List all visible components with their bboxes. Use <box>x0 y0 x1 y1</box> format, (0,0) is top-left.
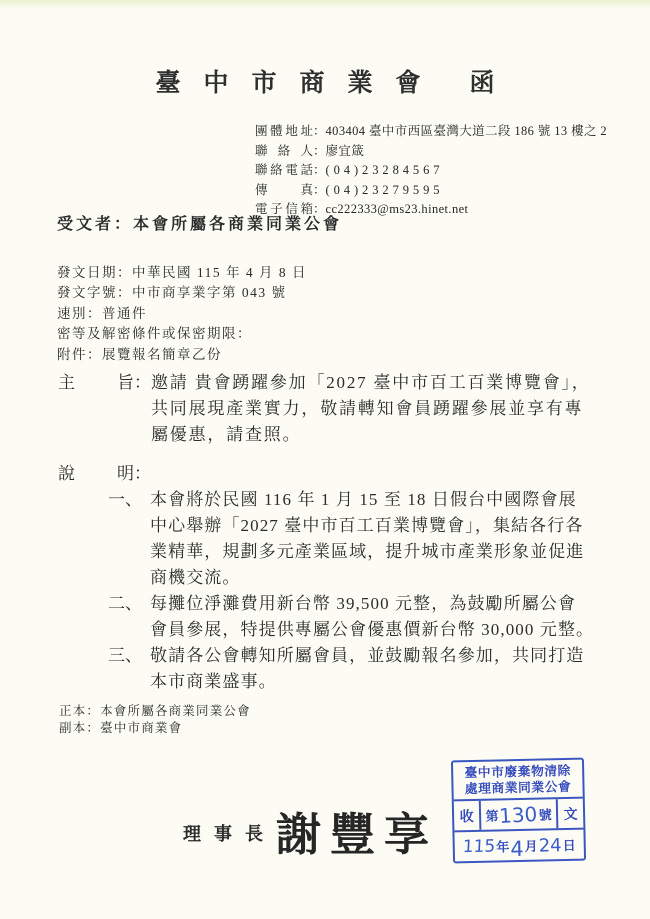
contact-value: 403404 臺中市西區臺灣大道二段 186 號 13 樓之 2 <box>326 122 608 142</box>
item-line: 三、敬請各公會轉知所屬會員，並鼓勵報名參加，共同打造 <box>58 643 618 669</box>
meta-reference-number: 發文字號：中市商享業字第 043 號 <box>57 283 307 303</box>
stamp-receive-char: 收 <box>454 801 482 831</box>
organization-name: 臺中市商業會 <box>155 70 443 97</box>
colon: ： <box>313 122 326 142</box>
explanation-label: 說明 <box>58 461 134 487</box>
item-number: 一、 <box>108 487 142 513</box>
item-line: 業精華，規劃多元產業區域，提升城市產業形象並促進 <box>58 539 618 565</box>
explanation-item-1: 一、本會將於民國 116 年 1 月 15 至 18 日假台中國際會展 中心舉辦… <box>58 487 618 591</box>
stamp-number-row: 收 第 130 號 文 <box>454 797 584 831</box>
colon: ： <box>134 370 151 448</box>
stamp-year-handwritten: 115 <box>462 836 495 857</box>
meta-priority: 速別：普通件 <box>57 304 307 324</box>
explanation-section: 說明： 一、本會將於民國 116 年 1 月 15 至 18 日假台中國際會展 … <box>58 461 618 695</box>
recipient-line: 受文者：本會所屬各商業同業公會 <box>57 211 342 234</box>
duplicate-copy-line: 副本：臺中市商業會 <box>59 720 251 737</box>
colon: ： <box>313 181 326 201</box>
contact-label: 團體地址 <box>255 122 313 142</box>
document-meta-block: 發文日期：中華民國 115 年 4 月 8 日 發文字號：中市商享業字第 043… <box>57 263 307 365</box>
item-text: 每攤位淨灘費用新台幣 39,500 元整，為鼓勵所屬公會 <box>150 594 576 613</box>
subject-section: 主旨： 邀請 貴會踴躍參加「2027 臺中市百工百業博覽會」， 共同展現產業實力… <box>58 370 591 448</box>
colon: ： <box>313 142 326 162</box>
signer-title: 理事長 <box>183 820 276 846</box>
contact-label: 聯絡人 <box>255 142 313 162</box>
contact-info-block: 團體地址：403404 臺中市西區臺灣大道二段 186 號 13 樓之 2 聯絡… <box>255 122 607 220</box>
recipient-label: 受文者 <box>57 216 114 233</box>
item-line: 商機交流。 <box>58 565 618 591</box>
received-stamp: 臺中市廢棄物清除 處理商業同業公會 收 第 130 號 文 115 年 4 月 … <box>451 758 586 864</box>
recipient-value: 本會所屬各商業同業公會 <box>133 216 342 233</box>
item-number: 三、 <box>108 643 142 669</box>
subject-line: 屬優惠，請查照。 <box>151 422 591 448</box>
explanation-item-3: 三、敬請各公會轉知所屬會員，並鼓勵報名參加，共同打造 本市商業盛事。 <box>58 643 618 695</box>
stamp-year-unit: 年 <box>496 836 509 855</box>
contact-value: ( 0 4 ) 2 3 2 7 9 5 9 5 <box>326 181 440 201</box>
item-line: 本市商業盛事。 <box>58 669 618 695</box>
signer-name-calligraphy: 謝豐享 <box>276 798 438 863</box>
signature-block: 理事長 謝豐享 <box>183 798 438 863</box>
stamp-day-unit: 日 <box>562 835 575 854</box>
explanation-item-2: 二、每攤位淨灘費用新台幣 39,500 元整，為鼓勵所屬公會 會員參展，特提供專… <box>58 591 618 643</box>
stamp-date-row: 115 年 4 月 24 日 <box>454 828 584 862</box>
item-number: 二、 <box>108 591 142 617</box>
contact-label: 聯絡電話 <box>255 161 313 181</box>
stamp-organization: 臺中市廢棄物清除 處理商業同業公會 <box>453 760 583 800</box>
meta-issue-date: 發文日期：中華民國 115 年 4 月 8 日 <box>57 263 307 283</box>
item-text: 本會將於民國 116 年 1 月 15 至 18 日假台中國際會展 <box>150 490 577 509</box>
item-line: 會員參展，特提供專屬公會優惠價新台幣 30,000 元整。 <box>58 617 618 643</box>
contact-value: 廖宜箴 <box>326 142 365 162</box>
contact-value: ( 0 4 ) 2 3 2 8 4 5 6 7 <box>326 161 440 181</box>
stamp-number-handwritten: 130 <box>499 801 538 827</box>
stamp-month-handwritten: 4 <box>510 836 524 860</box>
item-line: 中心舉辦「2027 臺中市百工百業博覽會」，集結各行各 <box>58 513 618 539</box>
contact-row-address: 團體地址：403404 臺中市西區臺灣大道二段 186 號 13 樓之 2 <box>255 122 607 142</box>
item-line: 二、每攤位淨灘費用新台幣 39,500 元整，為鼓勵所屬公會 <box>58 591 618 617</box>
contact-label: 傳真 <box>255 181 313 201</box>
subject-label: 主旨 <box>58 370 134 448</box>
document-title: 臺中市商業會函 <box>0 63 650 99</box>
stamp-number-suffix: 號 <box>538 804 551 823</box>
meta-confidentiality: 密等及解密條件或保密期限： <box>57 324 307 344</box>
meta-attachment: 附件：展覽報名簡章乙份 <box>57 345 307 365</box>
distribution-block: 正本：本會所屬各商業同業公會 副本：臺中市商業會 <box>59 703 251 737</box>
subject-line: 共同展現產業實力，敬請轉知會員踴躍參展並享有專 <box>151 396 591 422</box>
colon: ： <box>134 461 151 487</box>
stamp-number-cell: 第 130 號 <box>481 799 557 830</box>
item-line: 一、本會將於民國 116 年 1 月 15 至 18 日假台中國際會展 <box>58 487 618 513</box>
contact-value: cc222333@ms23.hinet.net <box>326 200 469 220</box>
item-text: 敬請各公會轉知所屬會員，並鼓勵報名參加，共同打造 <box>150 646 584 665</box>
stamp-month-unit: 月 <box>524 836 537 855</box>
document-type: 函 <box>470 70 495 97</box>
stamp-day-handwritten: 24 <box>538 835 561 856</box>
stamp-number-prefix: 第 <box>485 805 498 824</box>
stamp-org-line2: 處理商業同業公會 <box>454 779 581 798</box>
contact-row-person: 聯絡人：廖宜箴 <box>255 142 607 162</box>
scanned-official-letter: 臺中市商業會函 團體地址：403404 臺中市西區臺灣大道二段 186 號 13… <box>0 0 650 919</box>
scan-edge-band <box>0 0 650 10</box>
stamp-doc-char: 文 <box>556 799 584 829</box>
subject-line: 邀請 貴會踴躍參加「2027 臺中市百工百業博覽會」， <box>151 370 591 396</box>
colon: ： <box>114 216 133 233</box>
explanation-header: 說明： <box>58 461 618 487</box>
subject-text: 邀請 貴會踴躍參加「2027 臺中市百工百業博覽會」， 共同展現產業實力，敬請轉… <box>151 370 591 448</box>
contact-row-phone: 聯絡電話：( 0 4 ) 2 3 2 8 4 5 6 7 <box>255 161 607 181</box>
colon: ： <box>313 161 326 181</box>
original-copy-line: 正本：本會所屬各商業同業公會 <box>59 703 251 720</box>
contact-row-fax: 傳真：( 0 4 ) 2 3 2 7 9 5 9 5 <box>255 181 607 201</box>
